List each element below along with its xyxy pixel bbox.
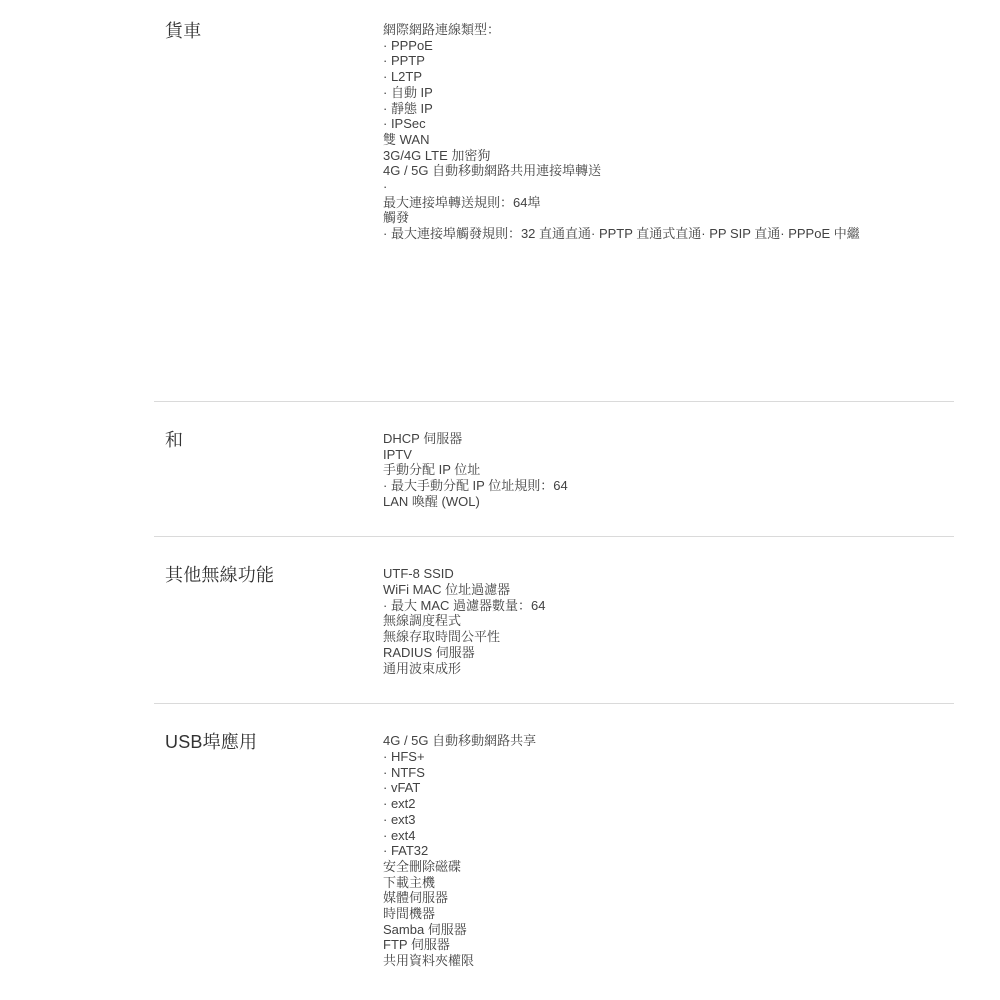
section-heading: 和 [165, 430, 383, 451]
spec-line: 共用資料夾權限 [383, 953, 954, 969]
section-heading: USB埠應用 [165, 732, 383, 753]
spec-page: 貨車 網際網路連線類型： · PPPoE · PPTP · L2TP · 自動 … [0, 0, 1000, 1000]
spec-line: FTP 伺服器 [383, 937, 954, 953]
section-heading: 貨車 [165, 21, 383, 42]
spec-line: · 最大 MAC 過濾器數量：64 [383, 598, 954, 614]
spec-line: LAN 喚醒 (WOL) [383, 494, 954, 510]
spec-section: 和 DHCP 伺服器 IPTV 手動分配 IP 位址 · 最大手動分配 IP 位… [0, 402, 1000, 537]
spec-line: 通用波束成形 [383, 661, 954, 677]
spec-line: 4G / 5G 自動移動網路共享 [383, 733, 954, 749]
spec-line: 時間機器 [383, 906, 954, 922]
spec-line: · ext4 [383, 828, 954, 844]
spec-line: 無線存取時間公平性 [383, 629, 954, 645]
spec-line: · 最大手動分配 IP 位址規則：64 [383, 478, 954, 494]
spec-line: · [383, 179, 954, 195]
section-content: DHCP 伺服器 IPTV 手動分配 IP 位址 · 最大手動分配 IP 位址規… [383, 431, 954, 510]
spec-line: · 自動 IP [383, 85, 954, 101]
spec-line: 觸發 [383, 210, 954, 226]
spec-line: RADIUS 伺服器 [383, 645, 954, 661]
spec-line: 4G / 5G 自動移動網路共用連接埠轉送 [383, 163, 954, 179]
spec-line: · PPTP [383, 53, 954, 69]
spec-line: 安全刪除磁碟 [383, 859, 954, 875]
spec-line: 手動分配 IP 位址 [383, 462, 954, 478]
spec-line: IPTV [383, 447, 954, 463]
spec-line: · NTFS [383, 765, 954, 781]
spec-line: 媒體伺服器 [383, 890, 954, 906]
spec-line: · L2TP [383, 69, 954, 85]
spec-line: · ext2 [383, 796, 954, 812]
spec-line: 3G/4G LTE 加密狗 [383, 148, 954, 164]
spec-line: 網際網路連線類型： [383, 22, 954, 38]
spec-section: 其他無線功能 UTF-8 SSID WiFi MAC 位址過濾器 · 最大 MA… [0, 537, 1000, 703]
spec-line: · HFS+ [383, 749, 954, 765]
spec-line: WiFi MAC 位址過濾器 [383, 582, 954, 598]
spec-line: · IPSec [383, 116, 954, 132]
spec-line: · vFAT [383, 780, 954, 796]
spec-section: USB埠應用 4G / 5G 自動移動網路共享 · HFS+ · NTFS · … [0, 704, 1000, 993]
spec-line: · PPPoE [383, 38, 954, 54]
spec-line: UTF-8 SSID [383, 566, 954, 582]
spec-line: · FAT32 [383, 843, 954, 859]
spec-line: 無線調度程式 [383, 613, 954, 629]
spec-line: 雙 WAN [383, 132, 954, 148]
spec-line: · ext3 [383, 812, 954, 828]
spec-line: · 最大連接埠觸發規則：32 直通直通· PPTP 直通式直通· PP SIP … [383, 226, 954, 242]
spec-line: · 靜態 IP [383, 101, 954, 117]
spec-line: 下載主機 [383, 875, 954, 891]
spec-line: DHCP 伺服器 [383, 431, 954, 447]
section-heading: 其他無線功能 [165, 565, 383, 586]
spec-line: 最大連接埠轉送規則：64埠 [383, 195, 954, 211]
section-content: 4G / 5G 自動移動網路共享 · HFS+ · NTFS · vFAT · … [383, 733, 954, 969]
section-content: UTF-8 SSID WiFi MAC 位址過濾器 · 最大 MAC 過濾器數量… [383, 566, 954, 676]
section-content: 網際網路連線類型： · PPPoE · PPTP · L2TP · 自動 IP … [383, 22, 954, 242]
spec-section: 貨車 網際網路連線類型： · PPPoE · PPTP · L2TP · 自動 … [0, 0, 1000, 401]
spec-line: Samba 伺服器 [383, 922, 954, 938]
